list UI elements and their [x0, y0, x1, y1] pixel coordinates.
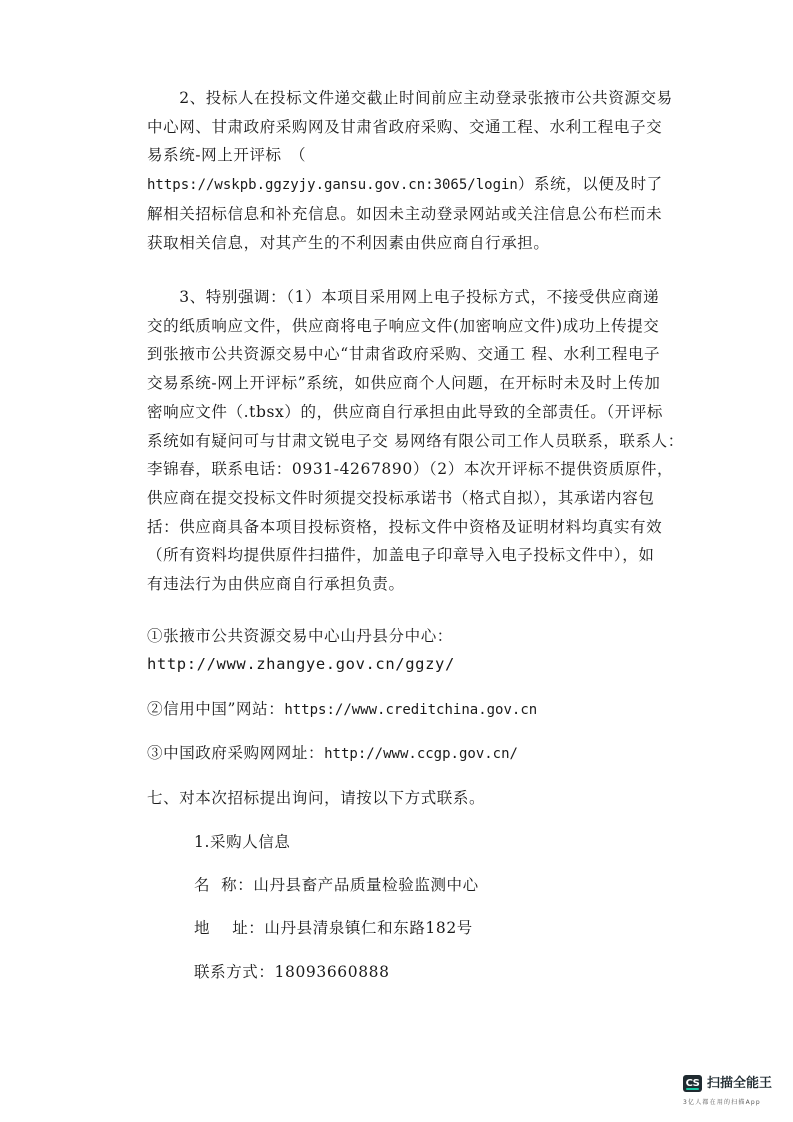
name-value: 山丹县畜产品质量检验监测中心 — [253, 876, 478, 894]
text-line: 李锦春，联系电话：0931-4267890）（2）本次开评标不提供资质原件， — [147, 455, 647, 484]
text-line: （所有资料均提供原件扫描件，加盖电子印章导入电子投标文件中），如 — [147, 541, 647, 570]
purchaser-name-row: 名 称：山丹县畜产品质量检验监测中心 — [194, 873, 479, 895]
text-line: 供应商在提交投标文件时须提交投标承诺书（格式自拟），其承诺内容包 — [147, 484, 647, 513]
url-suffix-text: ）系统，以便及时了 — [518, 175, 663, 193]
text-line: 密响应文件（.tbsx）的，供应商自行承担由此导致的全部责任。（开评标 — [147, 398, 647, 427]
purchaser-address-row: 地 址：山丹县清泉镇仁和东路182号 — [194, 916, 473, 938]
text-line: 获取相关信息，对其产生的不利因素由供应商自行承担。 — [147, 229, 647, 258]
link-2-url[interactable]: https://www.creditchina.gov.cn — [284, 702, 537, 718]
address-label: 地 址： — [194, 919, 264, 937]
camscanner-watermark: CS 扫描全能王 3亿人都在用的扫描App — [683, 1073, 793, 1113]
text-line: 交易系统-网上开评标”系统，如供应商个人问题，在开标时未及时上传加 — [147, 369, 647, 398]
camscanner-logo-icon: CS — [683, 1075, 702, 1092]
link-3-row: ③中国政府采购网网址：http://www.ccgp.gov.cn/ — [147, 741, 518, 763]
text-line: 到张掖市公共资源交易中心“甘肃省政府采购、交通工 程、水利工程电子 — [147, 340, 647, 369]
name-label: 名 称： — [194, 876, 253, 894]
address-value: 山丹县清泉镇仁和东路182号 — [264, 919, 473, 937]
section-2-paragraph: 2、投标人在投标文件递交截止时间前应主动登录张掖市公共资源交易 中心网、甘肃政府… — [147, 84, 647, 257]
section-3-paragraph: 3、特别强调：（1）本项目采用网上电子投标方式，不接受供应商递 交的纸质响应文件… — [147, 283, 647, 599]
purchaser-contact-row: 联系方式：18093660888 — [194, 960, 390, 982]
text-line: 解相关招标信息和补充信息。如因未主动登录网站或关注信息公布栏而未 — [147, 200, 647, 229]
section-7-heading: 七、对本次招标提出询问，请按以下方式联系。 — [147, 786, 485, 808]
watermark-app-name: 扫描全能王 — [707, 1075, 772, 1092]
login-url[interactable]: https://wskpb.ggzyjy.gansu.gov.cn:3065/l… — [147, 177, 518, 193]
link-1-url[interactable]: http://www.zhangye.gov.cn/ggzy/ — [147, 655, 455, 673]
purchaser-info-heading: 1.采购人信息 — [194, 830, 291, 852]
text-line: 3、特别强调：（1）本项目采用网上电子投标方式，不接受供应商递 — [147, 283, 647, 312]
text-line: https://wskpb.ggzyjy.gansu.gov.cn:3065/l… — [147, 170, 647, 200]
text-line: 2、投标人在投标文件递交截止时间前应主动登录张掖市公共资源交易 — [147, 84, 647, 113]
text-line: 有违法行为由供应商自行承担负责。 — [147, 570, 647, 599]
link-2-row: ②信用中国”网站：https://www.creditchina.gov.cn — [147, 697, 537, 719]
text-line: 系统如有疑问可与甘肃文锐电子交 易网络有限公司工作人员联系，联系人： — [147, 427, 647, 456]
watermark-tagline: 3亿人都在用的扫描App — [683, 1097, 761, 1106]
link-3-label: ③中国政府采购网网址： — [147, 744, 324, 762]
text-line: 括：供应商具备本项目投标资格，投标文件中资格及证明材料均真实有效 — [147, 513, 647, 542]
text-line: 交的纸质响应文件，供应商将电子响应文件(加密响应文件)成功上传提交 — [147, 312, 647, 341]
link-2-label: ②信用中国”网站： — [147, 700, 284, 718]
link-1-label: ①张掖市公共资源交易中心山丹县分中心： — [147, 624, 453, 646]
text-line: 中心网、甘肃政府采购网及甘肃省政府采购、交通工程、水利工程电子交 — [147, 113, 647, 142]
contact-label: 联系方式： — [194, 963, 275, 981]
document-page: 2、投标人在投标文件递交截止时间前应主动登录张掖市公共资源交易 中心网、甘肃政府… — [0, 0, 793, 1122]
link-3-url[interactable]: http://www.ccgp.gov.cn/ — [324, 746, 518, 762]
text-line: 易系统-网上开评标 （ — [147, 141, 647, 170]
contact-value: 18093660888 — [275, 963, 390, 981]
